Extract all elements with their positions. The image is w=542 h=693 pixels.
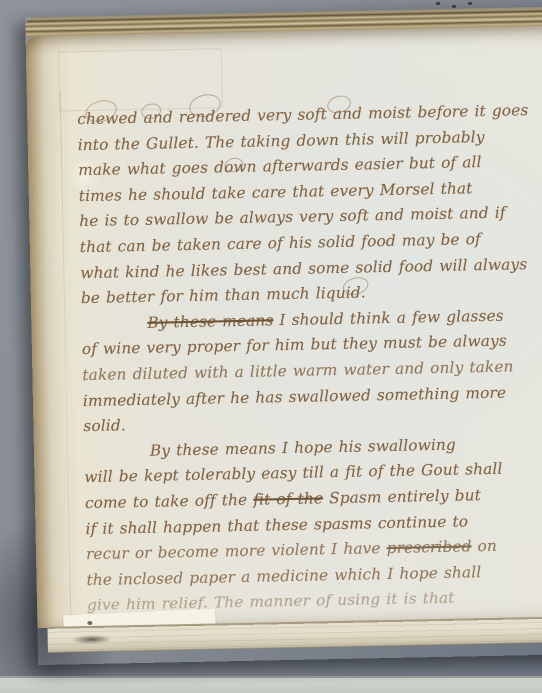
text-run: taken diluted with a little warm water a… [82,357,514,384]
text-run: Spasm entirely but [323,486,481,507]
struck-text: By these means [147,311,273,332]
manuscript-text: chewed and rendered very soft and moist … [77,99,489,619]
text-run: I should think a few glasses [273,306,504,329]
text-run: on [471,537,497,556]
text-run: if it shall happen that these spasms con… [85,512,468,538]
struck-text: fit of the [253,489,323,508]
text-run: give him relief. The manner of using it … [87,589,455,614]
text-run: immediately after he has swallowed somet… [83,383,507,409]
photo-backdrop: chewed and rendered very soft and moist … [0,0,542,693]
text-run: of wine very proper for him but they mus… [82,332,507,359]
text-run: into the Gullet. The taking down this wi… [78,128,485,154]
text-run: make what goes down afterwards easier bu… [78,153,482,179]
text-run: recur or become more violent I have [86,539,387,563]
text-run: that can be taken care of his solid food… [80,230,481,256]
text-run: By these means I hope his swallowing [150,435,456,459]
text-run: the inclosed paper a medicine which I ho… [86,563,481,589]
text-run: times he should take care that every Mor… [79,179,473,205]
dust-speck [452,5,456,8]
manuscript-book: chewed and rendered very soft and moist … [25,6,542,665]
dust-speck [436,2,440,5]
manuscript-page: chewed and rendered very soft and moist … [26,25,542,628]
text-run: come to take off the [85,491,254,512]
table-edge [0,676,542,693]
text-run: solid. [83,416,126,435]
dust-speck [468,2,472,5]
text-run: be better for him than much liquid. [81,284,366,308]
struck-text: prescribed [386,537,471,557]
text-run: will be kept tolerably easy till a fit o… [84,460,502,486]
text-run: he is to swallow be always very soft and… [79,204,506,231]
